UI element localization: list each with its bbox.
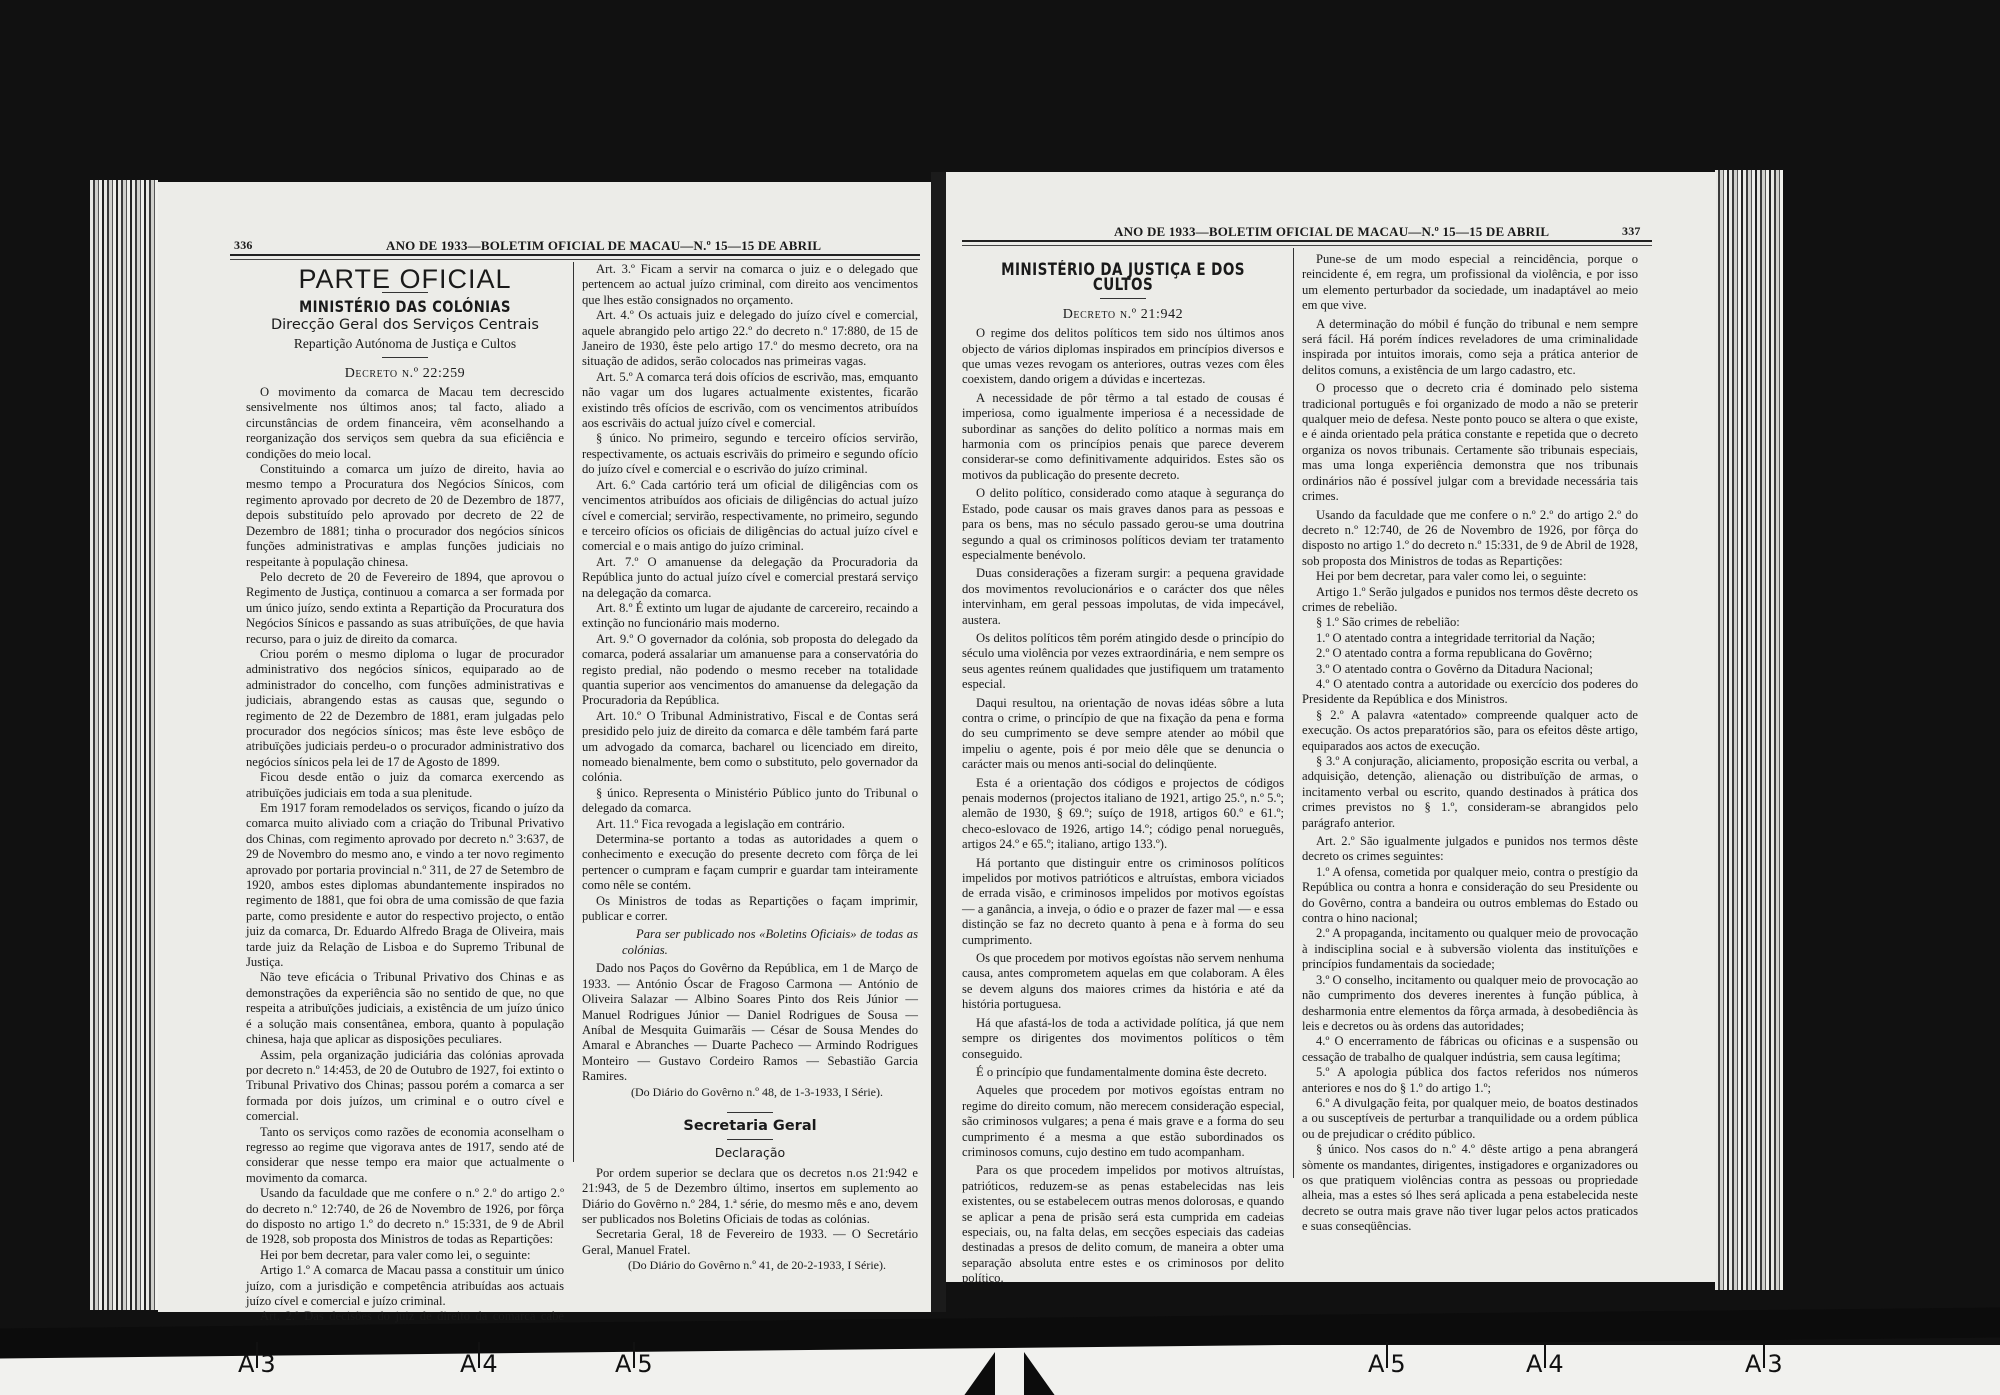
right-page-stack-edge xyxy=(1715,170,1783,1290)
signature-block: Dado nos Paços do Govêrno da República, … xyxy=(582,961,918,1084)
paragraph: § único. No primeiro, segundo e terceiro… xyxy=(582,431,918,477)
paragraph: Os Ministros de todas as Repartições o f… xyxy=(582,894,918,925)
list-item: 4.º O atentado contra a autoridade ou ex… xyxy=(1302,677,1638,708)
left-page: 336 ANO DE 1933—BOLETIM OFICIAL DE MACAU… xyxy=(158,182,931,1312)
divider xyxy=(727,1139,773,1140)
paragraph: É o princípio que fundamentalmente domin… xyxy=(962,1065,1284,1080)
paragraph: Art. 4.º Os actuais juiz e delegado do j… xyxy=(582,308,918,370)
paragraph: Hei por bem decretar, para valer como le… xyxy=(246,1248,564,1263)
paragraph: Criou porém o mesmo diploma o lugar de p… xyxy=(246,647,564,770)
paragraph: Art. 7.º O amanuense da delegação da Pro… xyxy=(582,555,918,601)
list-item: 1.º A ofensa, cometida por qualquer meio… xyxy=(1302,865,1638,927)
paragraph: Usando da faculdade que me confere o n.º… xyxy=(1302,508,1638,570)
frame-marker-a5-left: A5 xyxy=(615,1350,653,1378)
paragraph: Aqueles que procedem por motivos egoísta… xyxy=(962,1083,1284,1160)
list-item: 2.º O atentado contra a forma republican… xyxy=(1302,646,1638,661)
right-column-1: MINISTÉRIO DA JUSTIÇA E DOS CULTOS Decre… xyxy=(962,256,1284,1287)
frame-marker-a4-left: A4 xyxy=(460,1350,498,1378)
paragraph: Art. 11.º Fica revogada a legislação em … xyxy=(582,817,918,832)
paragraph: A determinação do móbil é função do trib… xyxy=(1302,317,1638,379)
right-page-number: 337 xyxy=(1622,224,1641,239)
paragraph: Daqui resultou, na orientação de novas i… xyxy=(962,696,1284,773)
paragraph: Art. 3.º Ficam a servir na comarca o jui… xyxy=(582,262,918,308)
paragraph: § único. Nos casos do n.º 4.º dêste arti… xyxy=(1302,1142,1638,1234)
paragraph: Assim, pela organização judiciária das c… xyxy=(246,1048,564,1125)
paragraph: § 3.º A conjuração, aliciamento, proposi… xyxy=(1302,754,1638,831)
list-item: 4.º O encerramento de fábricas ou oficin… xyxy=(1302,1034,1638,1065)
frame-marker-a5-right: A5 xyxy=(1368,1350,1406,1378)
paragraph: Art. 8.º É extinto um lugar de ajudante … xyxy=(582,601,918,632)
ministerio-justica-heading: MINISTÉRIO DA JUSTIÇA E DOS CULTOS xyxy=(991,262,1255,293)
paragraph: Há portanto que distinguir entre os crim… xyxy=(962,856,1284,948)
right-header-rule xyxy=(962,240,1652,246)
paragraph: Usando da faculdade que me confere o n.º… xyxy=(246,1186,564,1248)
paragraph: Pelo decreto de 20 de Fevereiro de 1894,… xyxy=(246,570,564,647)
list-item: 1.º O atentado contra a integridade terr… xyxy=(1302,631,1638,646)
paragraph: Artigo 1.º Serão julgados e punidos nos … xyxy=(1302,585,1638,616)
center-marker-triangle-left-icon xyxy=(963,1352,995,1395)
list-item: 2.º A propaganda, incitamento ou qualque… xyxy=(1302,926,1638,972)
declaracao-heading: Declaração xyxy=(582,1145,918,1160)
paragraph: O movimento da comarca de Macau tem decr… xyxy=(246,385,564,462)
right-page: ANO DE 1933—BOLETIM OFICIAL DE MACAU—N.º… xyxy=(946,172,1716,1282)
right-column-2: Pune-se de um modo especial a reincidênc… xyxy=(1302,252,1638,1235)
decree-title: Decreto n.º 22:259 xyxy=(246,366,564,381)
center-marker-triangle-right-icon xyxy=(1024,1352,1056,1395)
list-item: 3.º O conselho, incitamento ou qualquer … xyxy=(1302,973,1638,1035)
paragraph: Esta é a orientação dos códigos e projec… xyxy=(962,776,1284,853)
paragraph: Constituindo a comarca um juízo de direi… xyxy=(246,462,564,570)
paragraph: § 1.º São crimes de rebelião: xyxy=(1302,615,1638,630)
book-gutter xyxy=(931,172,946,1312)
ministerio-colonias-heading: MINISTÉRIO DAS COLÓNIAS xyxy=(275,299,536,314)
paragraph: Duas considerações a fizeram surgir: a p… xyxy=(962,566,1284,628)
paragraph: Art. 6.º Cada cartório terá um oficial d… xyxy=(582,478,918,555)
paragraph: Art. 10.º O Tribunal Administrativo, Fis… xyxy=(582,709,918,786)
right-running-head-text: ANO DE 1933—BOLETIM OFICIAL DE MACAU—N.º… xyxy=(1114,224,1549,240)
list-item: 6.º A divulgação feita, por qualquer mei… xyxy=(1302,1096,1638,1142)
parte-oficial-heading: PARTE OFICIAL xyxy=(246,272,564,287)
left-page-number: 336 xyxy=(234,238,253,253)
paragraph: Ficou desde então o juiz da comarca exer… xyxy=(246,770,564,801)
source-citation: (Do Diário do Govêrno n.º 48, de 1-3-193… xyxy=(582,1085,918,1100)
source-citation: (Do Diário do Govêrno n.º 41, de 20-2-19… xyxy=(582,1258,918,1273)
paragraph: Determina-se portanto a todas as autorid… xyxy=(582,832,918,894)
secretaria-geral-heading: Secretaria Geral xyxy=(582,1119,918,1134)
paragraph: A necessidade de pôr têrmo a tal estado … xyxy=(962,391,1284,483)
paragraph: Art. 5.º A comarca terá dois ofícios de … xyxy=(582,370,918,432)
divider xyxy=(727,1112,773,1113)
paragraph: Os que procedem por motivos egoístas não… xyxy=(962,951,1284,1013)
left-column-1: PARTE OFICIAL MINISTÉRIO DAS COLÓNIAS Di… xyxy=(246,268,564,1356)
paragraph: Em 1917 foram remodelados os serviços, f… xyxy=(246,801,564,970)
direccao-geral-heading: Direcção Geral dos Serviços Centrais xyxy=(246,318,564,333)
decree-title: Decreto n.º 21:942 xyxy=(962,307,1284,322)
left-header-rule xyxy=(230,254,920,260)
secretaria-signature: Secretaria Geral, 18 de Fevereiro de 193… xyxy=(582,1227,918,1258)
paragraph: § único. Representa o Ministério Público… xyxy=(582,786,918,817)
frame-marker-a3-right: A3 xyxy=(1745,1350,1783,1378)
paragraph: O regime dos delitos políticos tem sido … xyxy=(962,326,1284,388)
paragraph: O delito político, considerado como ataq… xyxy=(962,486,1284,563)
publication-note: Para ser publicado nos «Boletins Oficiai… xyxy=(582,927,918,958)
paragraph: Pune-se de um modo especial a reincidênc… xyxy=(1302,252,1638,314)
reparticao-heading: Repartição Autónoma de Justiça e Cultos xyxy=(246,336,564,351)
declaracao-text: Por ordem superior se declara que os dec… xyxy=(582,1166,918,1228)
column-separator xyxy=(573,262,574,1162)
paragraph: Tanto os serviços como razões de economi… xyxy=(246,1125,564,1187)
divider xyxy=(382,357,428,358)
left-page-stack-edge xyxy=(90,180,158,1310)
column-separator xyxy=(1293,248,1294,1178)
paragraph: Há que afastá-los de toda a actividade p… xyxy=(962,1016,1284,1062)
frame-marker-a4-right: A4 xyxy=(1526,1350,1564,1378)
left-column-2: Art. 3.º Ficam a servir na comarca o jui… xyxy=(582,262,918,1274)
paragraph: Não teve eficácia o Tribunal Privativo d… xyxy=(246,970,564,1047)
left-running-head-text: ANO DE 1933—BOLETIM OFICIAL DE MACAU—N.º… xyxy=(386,238,821,254)
paragraph: Hei por bem decretar, para valer como le… xyxy=(1302,569,1638,584)
paragraph: § 2.º A palavra «atentado» compreende qu… xyxy=(1302,708,1638,754)
frame-marker-a3-left: A3 xyxy=(238,1350,276,1378)
paragraph: Os delitos políticos têm porém atingido … xyxy=(962,631,1284,693)
paragraph: Art. 2.º São igualmente julgados e punid… xyxy=(1302,834,1638,865)
list-item: 5.º A apologia pública dos factos referi… xyxy=(1302,1065,1638,1096)
paragraph: Artigo 1.º A comarca de Macau passa a co… xyxy=(246,1263,564,1309)
list-item: 3.º O atentado contra o Govêrno da Ditad… xyxy=(1302,662,1638,677)
paragraph: Art. 9.º O governador da colónia, sob pr… xyxy=(582,632,918,709)
paragraph: O processo que o decreto cria é dominado… xyxy=(1302,381,1638,504)
divider xyxy=(1100,298,1146,299)
paragraph: Para os que procedem impelidos por motiv… xyxy=(962,1163,1284,1286)
